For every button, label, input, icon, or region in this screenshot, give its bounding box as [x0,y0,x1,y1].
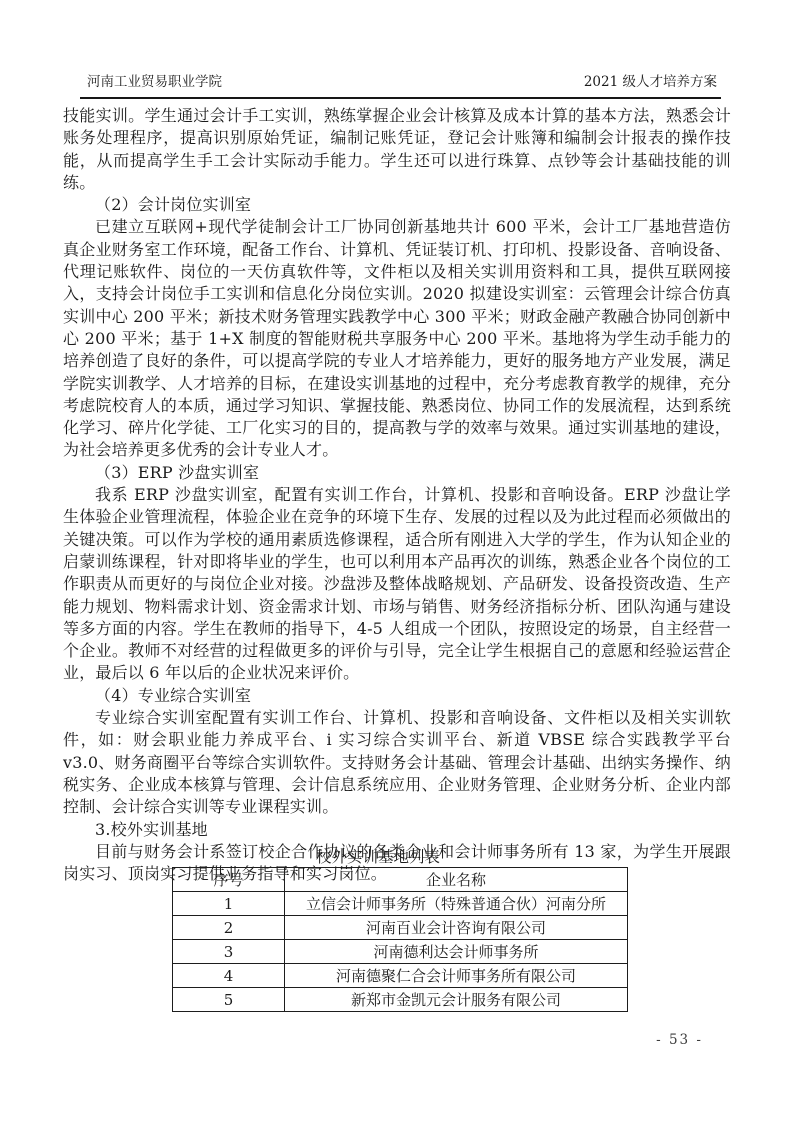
header-doc-title: 2021 级人才培养方案 [584,70,717,90]
section-heading: （3）ERP 沙盘实训室 [63,462,731,484]
table-header-index: 序号 [173,868,285,892]
section-heading: 3.校外实训基地 [63,819,731,841]
table-row: 4 河南德聚仁合会计师事务所有限公司 [173,964,628,988]
company-name: 河南德聚仁合会计师事务所有限公司 [285,964,628,988]
page-number: - 53 - [656,1032,703,1048]
document-body: 技能实训。学生通过会计手工实训，熟练掌握企业会计核算及成本计算的基本方法，熟悉会… [63,105,731,885]
row-index: 3 [173,940,285,964]
external-training-base-table: 序号 企业名称 1 立信会计师事务所（特殊普通合伙）河南分所 2 河南百业会计咨… [172,867,628,1012]
table-header-row: 序号 企业名称 [173,868,628,892]
table-row: 3 河南德利达会计师事务所 [173,940,628,964]
company-name: 河南德利达会计师事务所 [285,940,628,964]
company-name: 河南百业会计咨询有限公司 [285,916,628,940]
company-name: 立信会计师事务所（特殊普通合伙）河南分所 [285,892,628,916]
row-index: 5 [173,988,285,1012]
page-header: 河南工业贸易职业学院 2021 级人才培养方案 [80,70,721,99]
section-heading: （4）专业综合实训室 [63,685,731,707]
row-index: 1 [173,892,285,916]
document-page: 河南工业贸易职业学院 2021 级人才培养方案 技能实训。学生通过会计手工实训，… [0,0,793,1122]
company-name: 新郑市金凯元会计服务有限公司 [285,988,628,1012]
paragraph: 已建立互联网+现代学徒制会计工厂协同创新基地共计 600 平米，会计工厂基地营造… [63,216,731,461]
table-row: 5 新郑市金凯元会计服务有限公司 [173,988,628,1012]
table-header-company: 企业名称 [285,868,628,892]
table-row: 2 河南百业会计咨询有限公司 [173,916,628,940]
paragraph: 我系 ERP 沙盘实训室，配置有实训工作台，计算机、投影和音响设备。ERP 沙盘… [63,484,731,685]
header-school-name: 河南工业贸易职业学院 [87,70,222,90]
row-index: 4 [173,964,285,988]
table-row: 1 立信会计师事务所（特殊普通合伙）河南分所 [173,892,628,916]
table-title: 校外实训基地列表 [63,845,693,867]
row-index: 2 [173,916,285,940]
paragraph: 专业综合实训室配置有实训工作台、计算机、投影和音响设备、文件柜以及相关实训软件，… [63,707,731,818]
paragraph: 技能实训。学生通过会计手工实训，熟练掌握企业会计核算及成本计算的基本方法，熟悉会… [63,105,731,194]
section-heading: （2）会计岗位实训室 [63,194,731,216]
